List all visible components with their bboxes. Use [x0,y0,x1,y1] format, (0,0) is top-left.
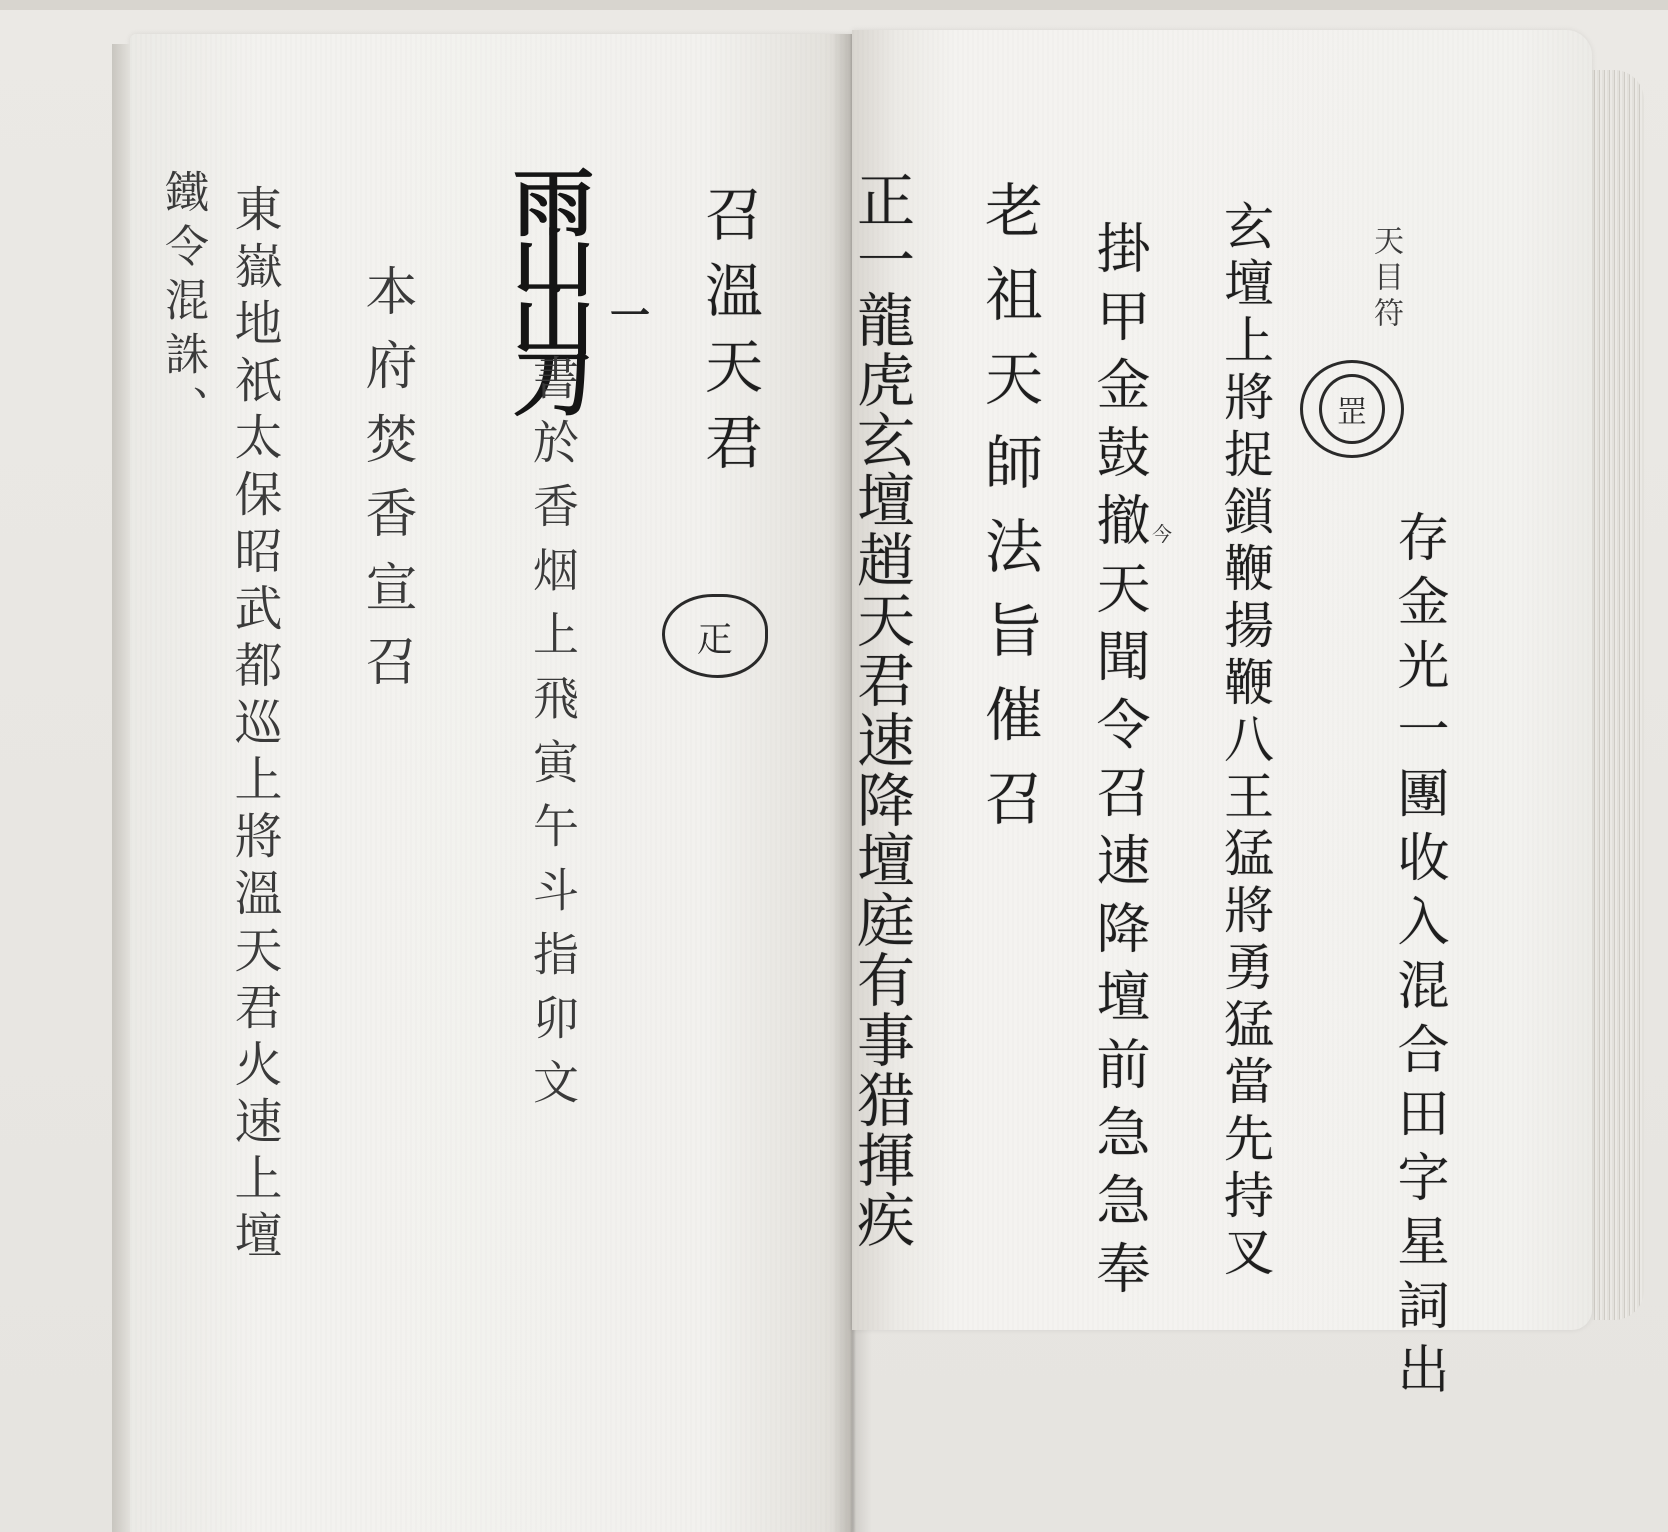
right-seal-glyph: 罡 [1337,387,1367,431]
table-surface [0,0,1668,10]
left-page-title: 召溫天君 [700,184,758,488]
talisman-mark: 一 [610,284,650,341]
left-seal-glyph: 𤴓 [697,611,733,662]
text-column: 老祖天師法旨催召 [980,180,1038,852]
text-column: 東嶽地祇太保昭武都巡上將溫天君火速上壇 [230,184,278,1267]
right-page-heading: 天目符 [1370,225,1400,333]
text-column: 正一龍虎玄壇趙天君速降壇庭有事猎揮疾 [852,170,910,1250]
marginal-annotation: 今 [1152,518,1172,547]
open-book: 召溫天君 雨山山刀 一 書於香烟上飛寅午斗指卯文 𤴓 本府焚香宣召 東嶽地祇太保… [20,20,1660,1532]
right-seal: 罡 [1300,360,1404,458]
text-column: 存金光一團收入混合田字星詞出 [1392,510,1444,1406]
page-stack-edge [1592,70,1644,1320]
left-page: 召溫天君 雨山山刀 一 書於香烟上飛寅午斗指卯文 𤴓 本府焚香宣召 東嶽地祇太保… [130,34,852,1532]
right-page: 天目符 罡 存金光一團收入混合田字星詞出 玄壇上將捉鎖鞭揚鞭八王猛將勇猛當先持叉… [852,30,1592,1330]
text-column: 掛甲金鼓撤天聞令召速降壇前急急奉 [1092,220,1146,1308]
right-seal-inner: 罡 [1319,374,1385,444]
talisman-instruction: 書於香烟上飛寅午斗指卯文 [530,354,576,1122]
left-seal: 𤴓 [662,594,768,678]
text-column: 本府焚香宣召 [360,264,412,708]
text-column: 鐵令混誅、 [160,169,204,439]
text-column: 玄壇上將捉鎖鞭揚鞭八王猛將勇猛當先持叉 [1220,200,1270,1283]
